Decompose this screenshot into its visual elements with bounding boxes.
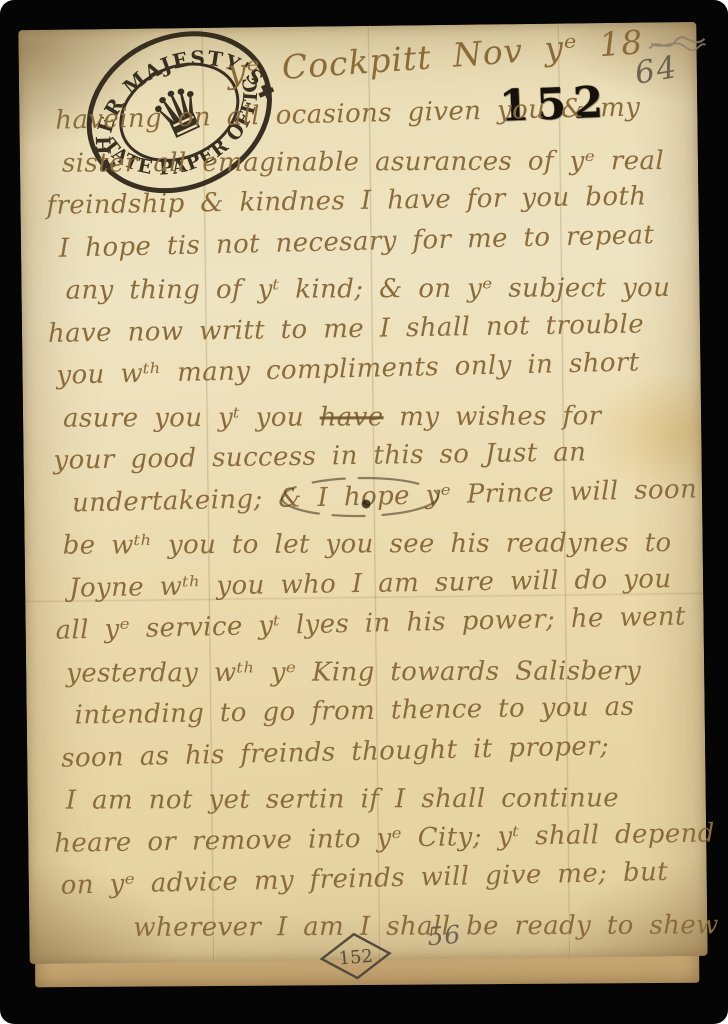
letter-line: wherever I am I shall be ready to shew xyxy=(133,910,693,955)
pencil-number-top: 64 xyxy=(632,49,681,92)
pencil-number-bottom: 56 xyxy=(426,920,462,952)
photo-background: ✚HER MAJESTY'S✚ STATE PAPER OFFICE ♛ yᵉ … xyxy=(0,0,728,1024)
line-segment: asure you yᵗ you xyxy=(63,402,320,433)
letter-page: ✚HER MAJESTY'S✚ STATE PAPER OFFICE ♛ yᵉ … xyxy=(18,22,707,964)
struck-out-word: have xyxy=(320,402,384,432)
letter-body: haveing on all ocasions given you & my s… xyxy=(45,98,693,956)
line-segment: my wishes for xyxy=(384,401,602,432)
diamond-number-stamp: 152 xyxy=(318,929,394,983)
ink-smudge-icon xyxy=(276,473,445,523)
diamond-number: 152 xyxy=(338,946,374,970)
